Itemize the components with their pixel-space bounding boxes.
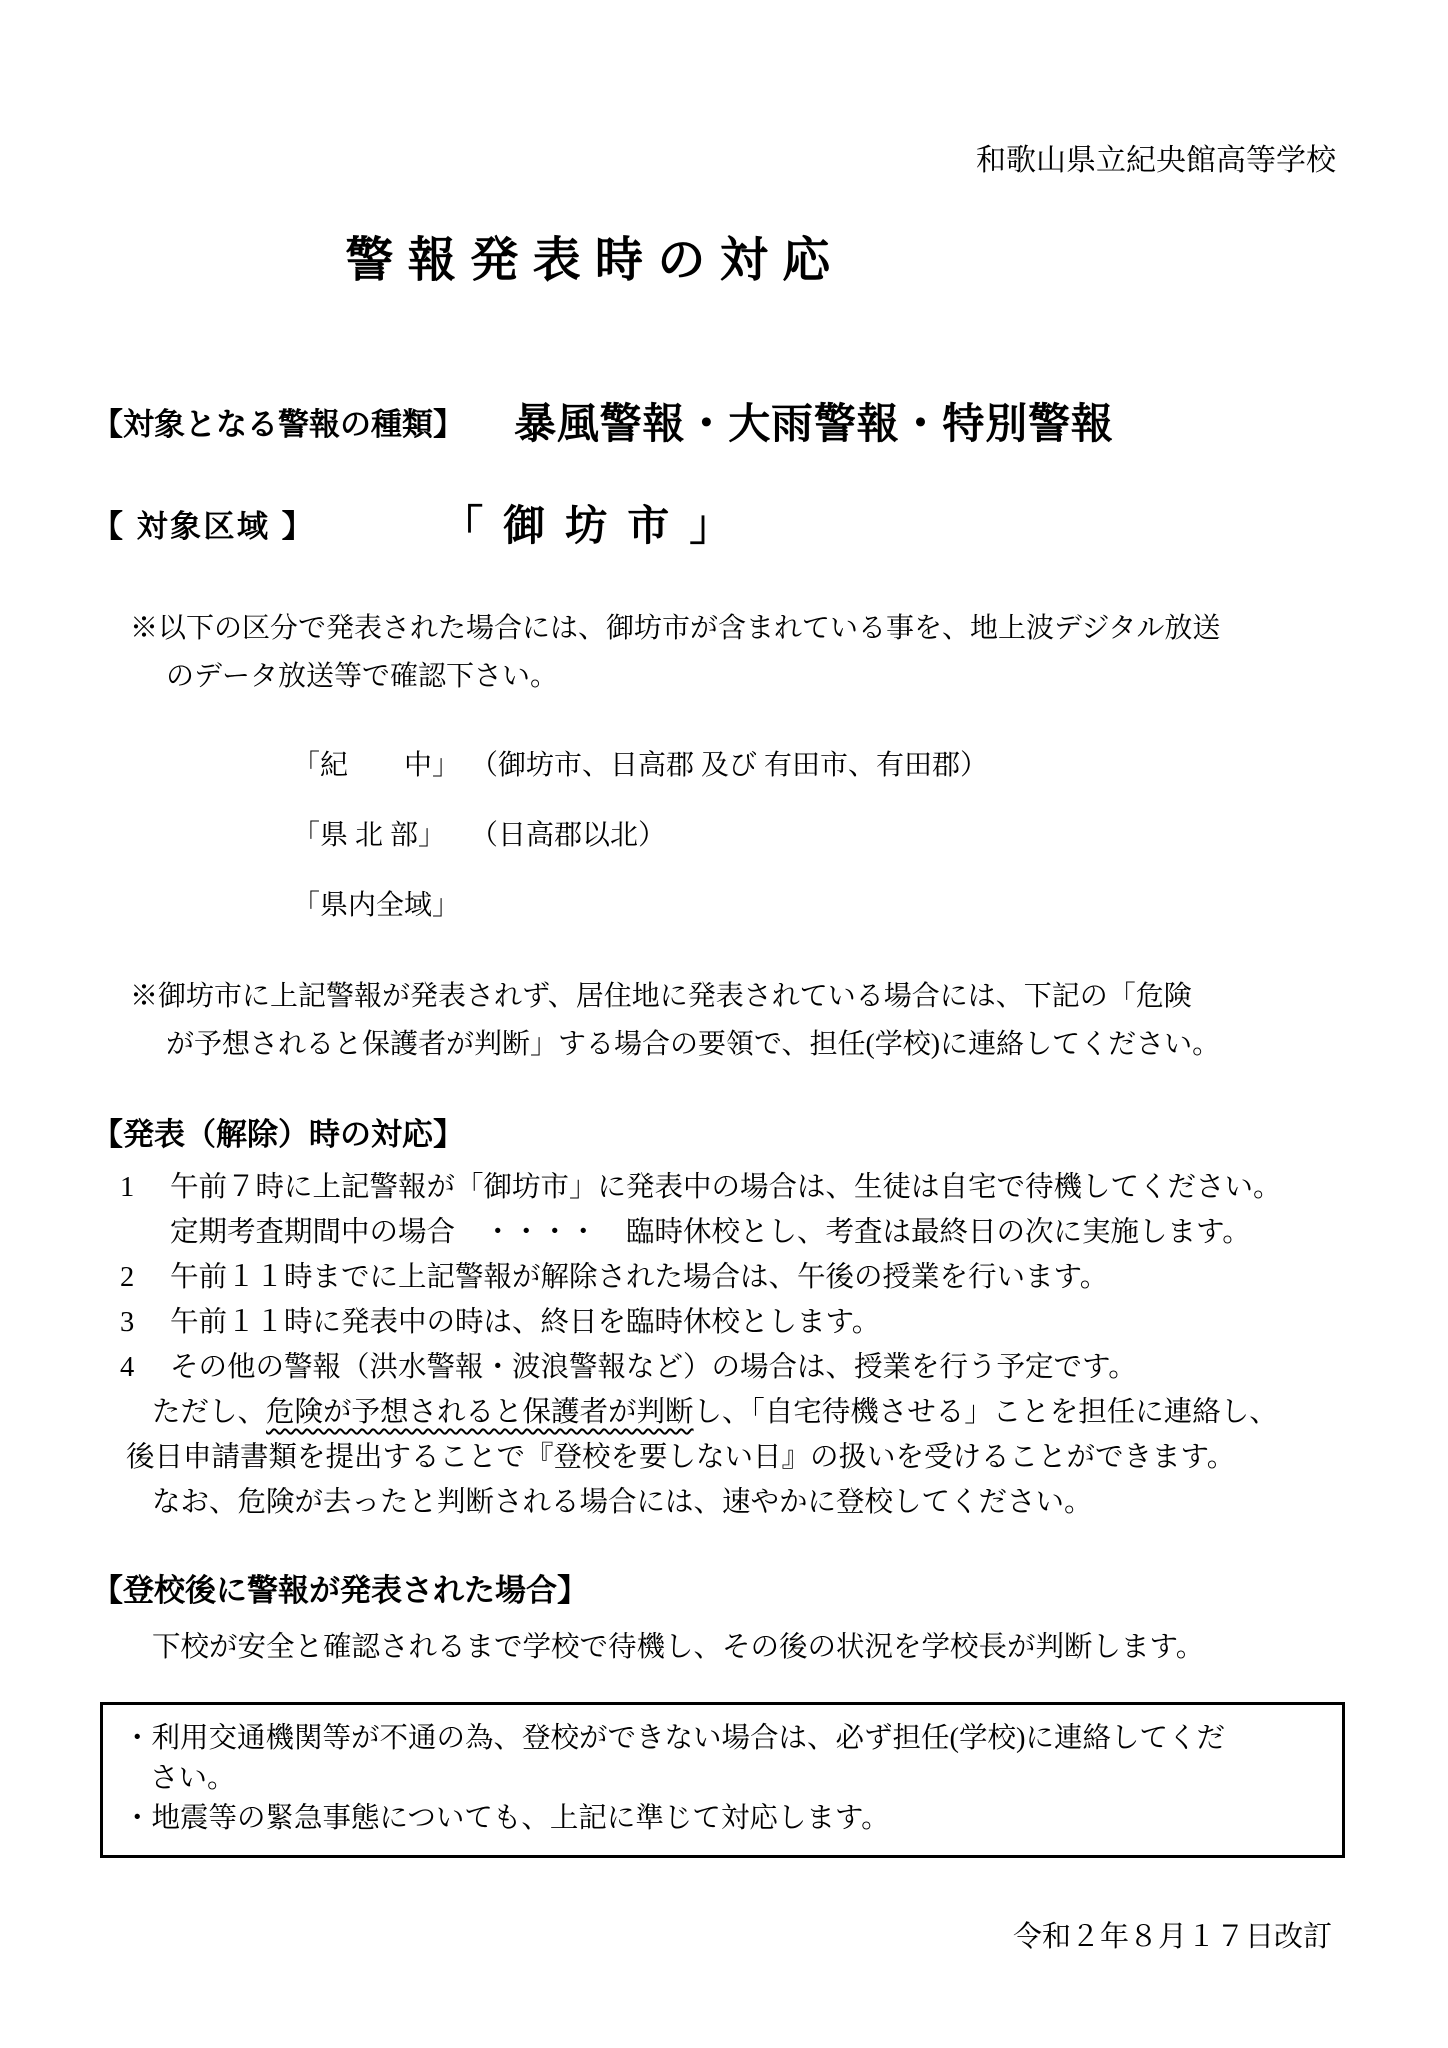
school-name: 和歌山県立紀央館高等学校 xyxy=(92,143,1348,179)
item-number: 3 xyxy=(120,1300,170,1345)
proviso-line-1: ただし、危険が予想されると保護者が判断し、「自宅待機させる」ことを担任に連絡し、 xyxy=(152,1390,1348,1435)
response-item-1-continuation: 定期考査期間中の場合 ・・・・ 臨時休校とし、考査は最終日の次に実施します。 xyxy=(170,1210,1348,1255)
target-area-label: 【 対象区域 】 xyxy=(92,501,315,546)
item-number: 1 xyxy=(120,1165,170,1210)
proviso-wavy-underline: 危険が予想されると保護者が判断 xyxy=(266,1397,694,1428)
notice-line-1-continuation: さい。 xyxy=(150,1759,1324,1799)
broadcast-note: ※以下の区分で発表された場合には、御坊市が含まれている事を、地上波デジタル放送 … xyxy=(130,605,1348,701)
warning-types-label: 【対象となる警報の種類】 xyxy=(92,399,464,444)
region-desc: （御坊市、日高郡 及び 有田市、有田郡） xyxy=(470,747,1348,785)
other-area-note: ※御坊市に上記警報が発表されず、居住地に発表されている場合には、下記の「危険 が… xyxy=(130,973,1348,1069)
region-row-kennaizeniki: 「県内全域」 xyxy=(292,887,1348,925)
proviso-prefix: ただし、 xyxy=(152,1397,266,1428)
item-text: その他の警報（洪水警報・波浪警報など）の場合は、授業を行う予定です。 xyxy=(170,1345,1348,1390)
other-area-note-line1: ※御坊市に上記警報が発表されず、居住地に発表されている場合には、下記の「危険 xyxy=(130,973,1348,1021)
item-number: 4 xyxy=(120,1345,170,1390)
notice-line-2: ・地震等の緊急事態についても、上記に準じて対応します。 xyxy=(123,1799,1324,1839)
broadcast-note-line1: ※以下の区分で発表された場合には、御坊市が含まれている事を、地上波デジタル放送 xyxy=(130,605,1348,653)
response-section-heading: 【発表（解除）時の対応】 xyxy=(92,1115,1348,1155)
region-desc: （日高郡以北） xyxy=(470,817,1348,855)
response-item-1: 1 午前７時に上記警報が「御坊市」に発表中の場合は、生徒は自宅で待機してください… xyxy=(92,1165,1348,1210)
item-text: 午前１１時に発表中の時は、終日を臨時休校とします。 xyxy=(170,1300,1348,1345)
item-text: 午前１１時までに上記警報が解除された場合は、午後の授業を行います。 xyxy=(170,1255,1348,1300)
revision-date: 令和２年８月１７日改訂 xyxy=(92,1914,1348,1955)
item-number: 2 xyxy=(120,1255,170,1300)
after-arrival-body: 下校が安全と確認されるまで学校で待機し、その後の状況を学校長が判断します。 xyxy=(152,1625,1348,1670)
after-arrival-heading: 【登校後に警報が発表された場合】 xyxy=(92,1571,1348,1611)
region-name: 「県 北 部」 xyxy=(292,817,470,855)
response-item-2: 2 午前１１時までに上記警報が解除された場合は、午後の授業を行います。 xyxy=(92,1255,1348,1300)
other-area-note-line2: が予想されると保護者が判断」する場合の要領で、担任(学校)に連絡してください。 xyxy=(166,1021,1348,1069)
broadcast-note-line2: のデータ放送等で確認下さい。 xyxy=(166,653,1348,701)
response-item-3: 3 午前１１時に発表中の時は、終日を臨時休校とします。 xyxy=(92,1300,1348,1345)
document-page: 和歌山県立紀央館高等学校 警報発表時の対応 【対象となる警報の種類】 暴風警報・… xyxy=(0,0,1448,2048)
notice-line-1: ・利用交通機関等が不通の為、登校ができない場合は、必ず担任(学校)に連絡してくだ xyxy=(123,1719,1324,1759)
notice-box: ・利用交通機関等が不通の為、登校ができない場合は、必ず担任(学校)に連絡してくだ… xyxy=(100,1702,1345,1858)
proviso-line-3: なお、危険が去ったと判断される場合には、速やかに登校してください。 xyxy=(152,1480,1348,1525)
response-item-4: 4 その他の警報（洪水警報・波浪警報など）の場合は、授業を行う予定です。 xyxy=(92,1345,1348,1390)
warning-types-value: 暴風警報・大雨警報・特別警報 xyxy=(514,391,1114,451)
proviso-line-2: 後日申請書類を提出することで『登校を要しない日』の扱いを受けることができます。 xyxy=(126,1435,1348,1480)
region-list: 「紀 中」 （御坊市、日高郡 及び 有田市、有田郡） 「県 北 部」 （日高郡以… xyxy=(292,747,1348,925)
proviso-suffix: し、「自宅待機させる」ことを担任に連絡し、 xyxy=(694,1397,1278,1428)
page-title: 警報発表時の対応 xyxy=(92,229,1098,293)
region-desc xyxy=(470,887,1348,925)
response-list: 1 午前７時に上記警報が「御坊市」に発表中の場合は、生徒は自宅で待機してください… xyxy=(92,1165,1348,1525)
region-name: 「県内全域」 xyxy=(292,887,470,925)
target-area-value: 「 御 坊 市 」 xyxy=(441,493,735,553)
target-area-row: 【 対象区域 】 「 御 坊 市 」 xyxy=(92,493,1348,553)
item-text: 午前７時に上記警報が「御坊市」に発表中の場合は、生徒は自宅で待機してください。 xyxy=(170,1165,1348,1210)
region-name: 「紀 中」 xyxy=(292,747,470,785)
region-row-kichu: 「紀 中」 （御坊市、日高郡 及び 有田市、有田郡） xyxy=(292,747,1348,785)
region-row-kenhokubu: 「県 北 部」 （日高郡以北） xyxy=(292,817,1348,855)
warning-types-row: 【対象となる警報の種類】 暴風警報・大雨警報・特別警報 xyxy=(92,391,1348,451)
